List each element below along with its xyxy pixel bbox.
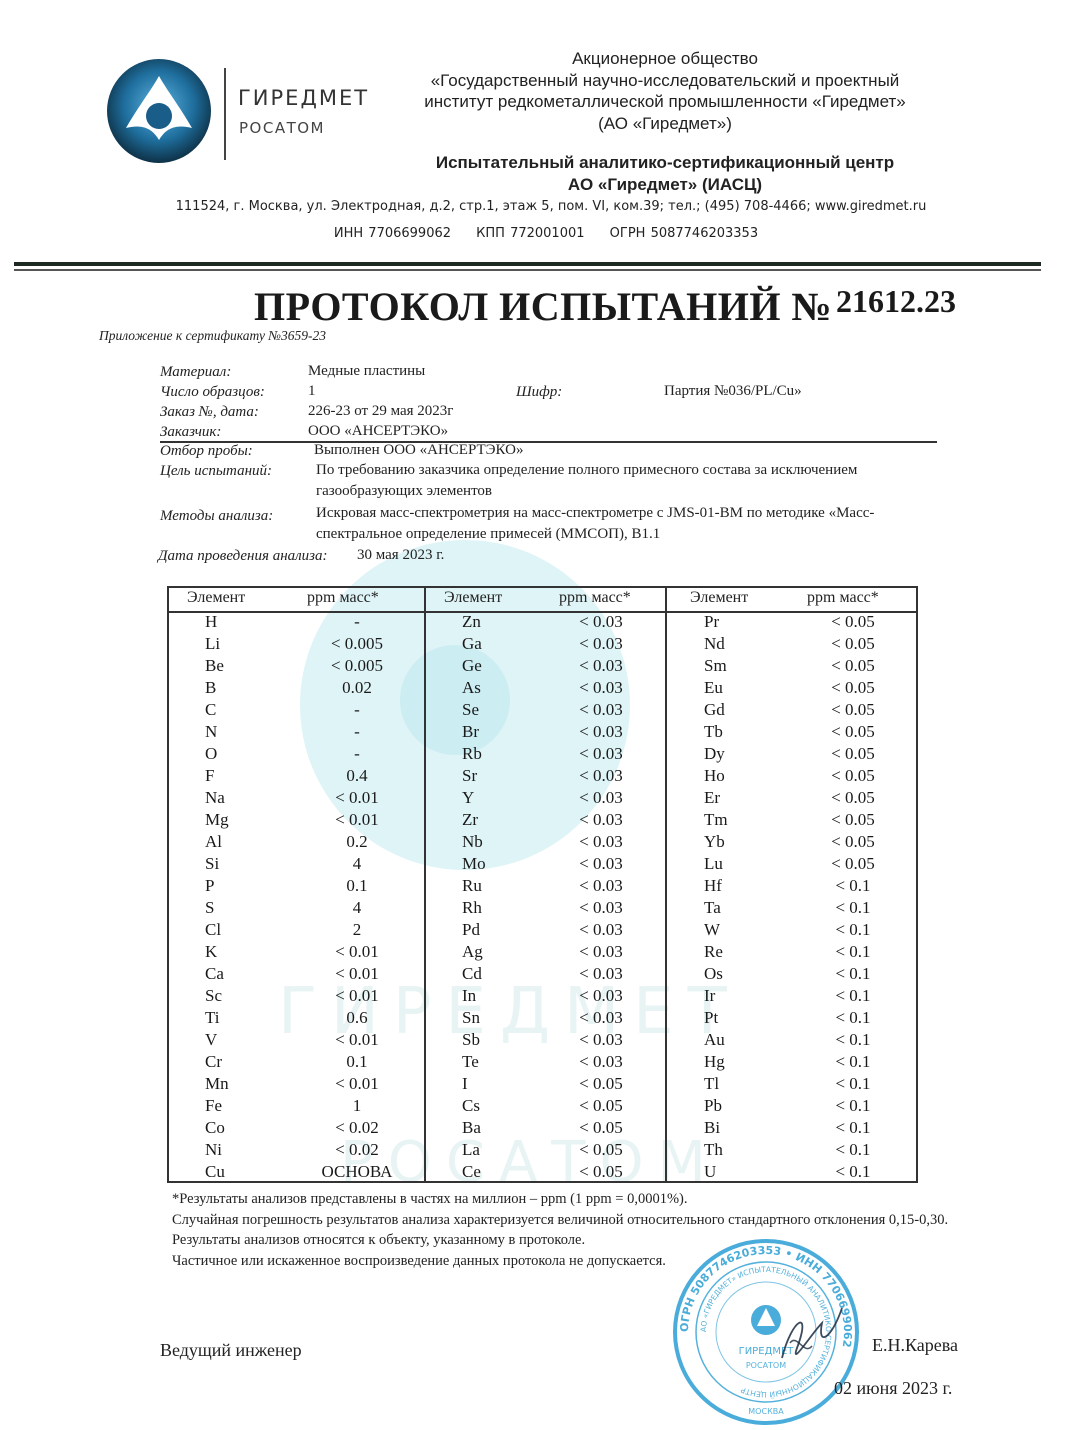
center-line: Испытательный аналитико-сертификационный… [380,152,950,174]
sampling-value: Выполнен ООО «АНСЕРТЭКО» [314,442,524,459]
analysis-date-label: Дата проведения анализа: [158,548,328,565]
rosatom-logo-icon [106,58,212,164]
element-symbol: Lu [704,854,723,874]
element-symbol: I [462,1074,468,1094]
element-symbol: S [205,898,214,918]
ppm-value: < 0.03 [551,964,651,984]
ppm-value: < 0.05 [803,832,903,852]
ppm-value: < 0.05 [803,744,903,764]
ppm-value: 0.02 [307,678,407,698]
element-symbol: W [704,920,720,940]
protocol-number: 21612.23 [836,283,956,320]
ppm-value: < 0.1 [803,1140,903,1160]
element-symbol: Re [704,942,723,962]
ppm-value: < 0.01 [307,810,407,830]
certificate-appendix: Приложение к сертификату №3659-23 [99,328,326,344]
signer-name: Е.Н.Карева [872,1335,958,1356]
ppm-value: < 0.01 [307,986,407,1006]
ppm-value: < 0.01 [307,964,407,984]
material-label: Материал: [160,364,231,381]
ppm-value: < 0.05 [551,1140,651,1160]
ppm-value: < 0.05 [803,810,903,830]
element-symbol: Sc [205,986,222,1006]
element-symbol: Eu [704,678,723,698]
ppm-value: < 0.05 [551,1162,651,1182]
ppm-value: 2 [307,920,407,940]
element-symbol: Ru [462,876,482,896]
ppm-value: < 0.1 [803,898,903,918]
ppm-value: < 0.03 [551,920,651,940]
ppm-value: < 0.05 [803,634,903,654]
ppm-value: < 0.03 [551,1030,651,1050]
element-symbol: N [205,722,217,742]
element-symbol: Hf [704,876,722,896]
header-rule-thin [14,269,1041,271]
ppm-value: < 0.01 [307,788,407,808]
element-symbol: Se [462,700,479,720]
ppm-value: < 0.05 [551,1096,651,1116]
ppm-value: < 0.03 [551,700,651,720]
element-symbol: Yb [704,832,725,852]
inn: ИНН 7706699062 [334,226,451,241]
element-symbol: Br [462,722,479,742]
ppm-value: < 0.03 [551,986,651,1006]
element-symbol: Sn [462,1008,480,1028]
center-line: АО «Гиредмет» (ИАСЦ) [380,174,950,196]
header-rule [14,262,1041,266]
header-ppm: ppm масс* [559,589,631,607]
element-symbol: As [462,678,481,698]
element-symbol: Rh [462,898,482,918]
element-symbol: Ta [704,898,721,918]
ppm-value: < 0.03 [551,612,651,632]
order-value: 226-23 от 29 мая 2023г [308,403,453,420]
ppm-value: - [307,722,407,742]
column-divider [665,588,667,1181]
org-line: «Государственный научно-исследовательски… [380,70,950,92]
element-symbol: Be [205,656,224,676]
element-symbol: Au [704,1030,725,1050]
element-symbol: Pr [704,612,719,632]
customer-value: ООО «АНСЕРТЭКО» [308,423,448,440]
ogrn: ОГРН 5087746203353 [610,226,758,241]
element-symbol: Nd [704,634,725,654]
ppm-value: < 0.03 [551,744,651,764]
element-symbol: K [205,942,217,962]
element-symbol: Ti [205,1008,220,1028]
document-title: ПРОТОКОЛ ИСПЫТАНИЙ № [254,283,832,330]
ppm-value: < 0.03 [551,1052,651,1072]
ppm-value: < 0.1 [803,964,903,984]
customer-label: Заказчик: [160,424,221,441]
element-symbol: Ca [205,964,224,984]
ppm-value: 0.2 [307,832,407,852]
ppm-value: 0.1 [307,1052,407,1072]
logo-divider [224,68,226,160]
ppm-value: < 0.03 [551,678,651,698]
ppm-value: ОСНОВА [307,1162,407,1182]
ppm-value: < 0.03 [551,656,651,676]
ppm-value: < 0.1 [803,1096,903,1116]
ppm-value: 0.4 [307,766,407,786]
ppm-value: < 0.03 [551,832,651,852]
element-symbol: F [205,766,214,786]
sampling-label: Отбор пробы: [160,443,253,460]
scope-note: Результаты анализов относятся к объекту,… [172,1230,988,1251]
ppm-value: < 0.1 [803,1074,903,1094]
testing-center-name: Испытательный аналитико-сертификационный… [380,152,950,196]
cipher-value: Партия №036/PL/Cu» [664,383,802,400]
element-symbol: Te [462,1052,479,1072]
element-symbol: Rb [462,744,482,764]
ppm-value: < 0.01 [307,942,407,962]
ppm-value: - [307,744,407,764]
notes: *Результаты анализов представлены в част… [172,1189,988,1271]
ppm-value: < 0.1 [803,1008,903,1028]
ppm-value: < 0.1 [803,920,903,940]
material-value: Медные пластины [308,363,425,380]
signer-role: Ведущий инженер [160,1340,302,1361]
element-symbol: Na [205,788,225,808]
element-symbol: Cs [462,1096,480,1116]
ppm-value: 4 [307,898,407,918]
element-symbol: Sr [462,766,477,786]
ppm-value: < 0.05 [803,766,903,786]
element-symbol: Nb [462,832,483,852]
cipher-label: Шифр: [516,384,562,401]
samples-value: 1 [308,383,316,400]
purpose-label: Цель испытаний: [160,463,272,480]
brand-name: ГИРЕДМЕТ [238,86,369,110]
ppm-value: < 0.02 [307,1140,407,1160]
org-line: институт редкометаллической промышленнос… [380,91,950,113]
element-symbol: Ce [462,1162,481,1182]
ppm-value: < 0.1 [803,986,903,1006]
org-line: (АО «Гиредмет») [380,113,950,135]
ppm-value: < 0.1 [803,1162,903,1182]
element-symbol: Mn [205,1074,229,1094]
header-ppm: ppm масс* [807,589,879,607]
ppm-value: < 0.03 [551,722,651,742]
element-symbol: Sm [704,656,727,676]
ppm-value: < 0.05 [803,656,903,676]
element-symbol: Pd [462,920,480,940]
element-symbol: Li [205,634,220,654]
element-symbol: B [205,678,216,698]
order-label: Заказ №, дата: [160,404,259,421]
svg-text:МОСКВА: МОСКВА [748,1407,784,1416]
purpose-value-line1: По требованию заказчика определение полн… [316,462,857,479]
ppm-value: < 0.03 [551,898,651,918]
element-symbol: Cr [205,1052,222,1072]
ppm-value: < 0.05 [803,678,903,698]
methods-label: Методы анализа: [160,508,273,525]
ppm-value: 0.6 [307,1008,407,1028]
ppm-value: < 0.01 [307,1074,407,1094]
element-symbol: Tl [704,1074,719,1094]
purpose-value-line2: газообразующих элементов [316,483,492,500]
element-symbol: Th [704,1140,723,1160]
element-symbol: Ag [462,942,483,962]
ppm-value: - [307,700,407,720]
element-symbol: C [205,700,216,720]
ppm-value: < 0.05 [551,1118,651,1138]
error-note: Случайная погрешность результатов анализ… [172,1210,988,1231]
element-symbol: V [205,1030,217,1050]
element-symbol: Si [205,854,219,874]
element-symbol: Ho [704,766,725,786]
ppm-value: < 0.03 [551,1008,651,1028]
element-symbol: Pb [704,1096,722,1116]
ppm-value: < 0.05 [803,722,903,742]
ppm-value: < 0.03 [551,766,651,786]
element-symbol: O [205,744,217,764]
element-symbol: P [205,876,214,896]
element-symbol: Bi [704,1118,720,1138]
ppm-value: < 0.03 [551,810,651,830]
element-symbol: Gd [704,700,725,720]
ppm-value: < 0.03 [551,634,651,654]
element-symbol: Mg [205,810,229,830]
ppm-value: < 0.1 [803,1030,903,1050]
ppm-value: - [307,612,407,632]
element-symbol: Ba [462,1118,481,1138]
element-symbol: In [462,986,476,1006]
ppm-value: < 0.1 [803,1052,903,1072]
element-symbol: Pt [704,1008,718,1028]
element-symbol: Tm [704,810,728,830]
brand-sub: РОСАТОМ [239,119,325,137]
element-symbol: Co [205,1118,225,1138]
table-header [169,588,916,613]
signature-date: 02 июня 2023 г. [834,1378,952,1399]
header-element: Элемент [444,589,502,607]
ppm-value: < 0.05 [803,612,903,632]
element-symbol: Cu [205,1162,225,1182]
element-symbol: H [205,612,217,632]
org-line: Акционерное общество [380,48,950,70]
ppm-value: < 0.05 [551,1074,651,1094]
ppm-value: < 0.02 [307,1118,407,1138]
analysis-date-value: 30 мая 2023 г. [357,547,444,564]
element-symbol: Sb [462,1030,480,1050]
header-ppm: ppm масс* [307,589,379,607]
element-symbol: Y [462,788,474,808]
element-symbol: Hg [704,1052,725,1072]
ppm-value: < 0.005 [307,634,407,654]
element-symbol: Mo [462,854,486,874]
element-symbol: U [704,1162,716,1182]
ppm-value: < 0.05 [803,788,903,808]
element-symbol: Ga [462,634,482,654]
column-divider [424,588,426,1181]
ppm-value: < 0.03 [551,942,651,962]
ppm-value: < 0.05 [803,854,903,874]
samples-label: Число образцов: [160,384,265,401]
ppm-value: < 0.03 [551,876,651,896]
header-element: Элемент [187,589,245,607]
address: 111524, г. Москва, ул. Электродная, д.2,… [0,199,1080,214]
element-symbol: Al [205,832,222,852]
footnote: *Результаты анализов представлены в част… [172,1189,988,1210]
ppm-value: < 0.005 [307,656,407,676]
reproduction-note: Частичное или искаженное воспроизведение… [172,1251,988,1272]
ppm-value: < 0.03 [551,854,651,874]
svg-text:РОСАТОМ: РОСАТОМ [746,1361,786,1370]
element-symbol: Er [704,788,720,808]
element-symbol: Cd [462,964,482,984]
ppm-value: < 0.1 [803,942,903,962]
meta-divider [160,441,937,443]
ppm-value: < 0.1 [803,1118,903,1138]
methods-value-line1: Искровая масс-спектрометрия на масс-спек… [316,505,874,522]
element-symbol: Cl [205,920,221,940]
official-stamp: ОГРН 5087746203353 • ИНН 7706699062 АО «… [672,1238,860,1426]
ppm-value: < 0.1 [803,876,903,896]
element-symbol: Zr [462,810,478,830]
element-symbol: Os [704,964,723,984]
ppm-value: < 0.01 [307,1030,407,1050]
ppm-value: 0.1 [307,876,407,896]
organization-name: Акционерное общество «Государственный на… [380,48,950,134]
registration-ids: ИНН 7706699062 КПП 772001001 ОГРН 508774… [0,226,1080,241]
element-symbol: Ni [205,1140,222,1160]
methods-value-line2: спектральное определение примесей (ММСОП… [316,526,660,543]
element-symbol: Dy [704,744,725,764]
kpp: КПП 772001001 [476,226,584,241]
element-symbol: Ge [462,656,482,676]
header-element: Элемент [690,589,748,607]
element-symbol: Ir [704,986,715,1006]
ppm-value: 4 [307,854,407,874]
ppm-value: < 0.05 [803,700,903,720]
element-symbol: Tb [704,722,723,742]
ppm-value: 1 [307,1096,407,1116]
element-symbol: Zn [462,612,481,632]
results-table: Элемент ppm масс* Элемент ppm масс* Элем… [167,586,918,1183]
ppm-value: < 0.03 [551,788,651,808]
element-symbol: La [462,1140,480,1160]
element-symbol: Fe [205,1096,222,1116]
